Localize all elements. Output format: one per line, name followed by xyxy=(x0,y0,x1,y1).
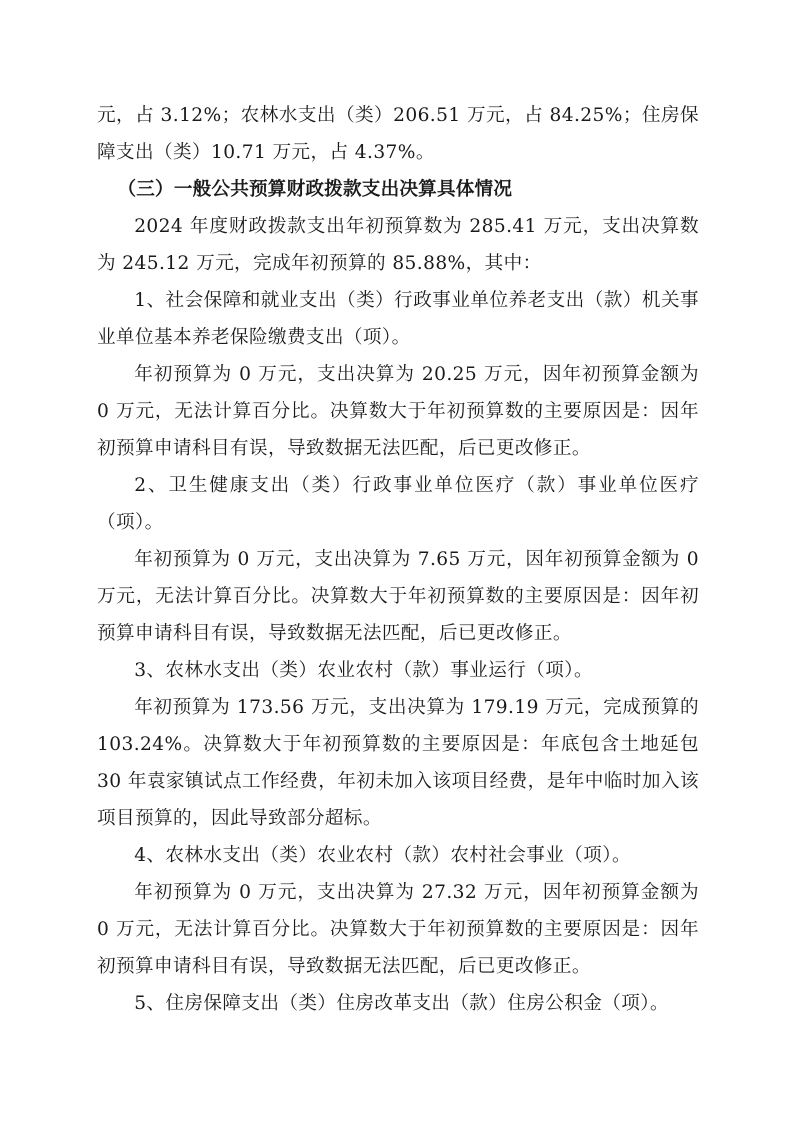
document-page: 元，占 3.12%；农林水支出（类）206.51 万元，占 84.25%；住房保… xyxy=(97,97,699,1022)
paragraph-continuation: 元，占 3.12%；农林水支出（类）206.51 万元，占 84.25%；住房保… xyxy=(97,97,699,171)
paragraph-summary: 2024 年度财政拨款支出年初预算数为 285.41 万元，支出决算数为 245… xyxy=(97,208,699,282)
item-3-title: 3、农林水支出（类）农业农村（款）事业运行（项）。 xyxy=(97,652,699,689)
item-1-title: 1、社会保障和就业支出（类）行政事业单位养老支出（款）机关事业单位基本养老保险缴… xyxy=(97,282,699,356)
item-3-detail: 年初预算为 173.56 万元，支出决算为 179.19 万元，完成预算的 10… xyxy=(97,689,699,837)
item-4-title: 4、农林水支出（类）农业农村（款）农村社会事业（项）。 xyxy=(97,837,699,874)
item-1-detail: 年初预算为 0 万元，支出决算为 20.25 万元，因年初预算金额为 0 万元，… xyxy=(97,356,699,467)
item-2-detail: 年初预算为 0 万元，支出决算为 7.65 万元，因年初预算金额为 0 万元，无… xyxy=(97,541,699,652)
item-5-title: 5、住房保障支出（类）住房改革支出（款）住房公积金（项）。 xyxy=(97,985,699,1022)
item-4-detail: 年初预算为 0 万元，支出决算为 27.32 万元，因年初预算金额为 0 万元，… xyxy=(97,874,699,985)
section-heading: （三）一般公共预算财政拨款支出决算具体情况 xyxy=(97,171,699,208)
item-2-title: 2、卫生健康支出（类）行政事业单位医疗（款）事业单位医疗（项）。 xyxy=(97,467,699,541)
